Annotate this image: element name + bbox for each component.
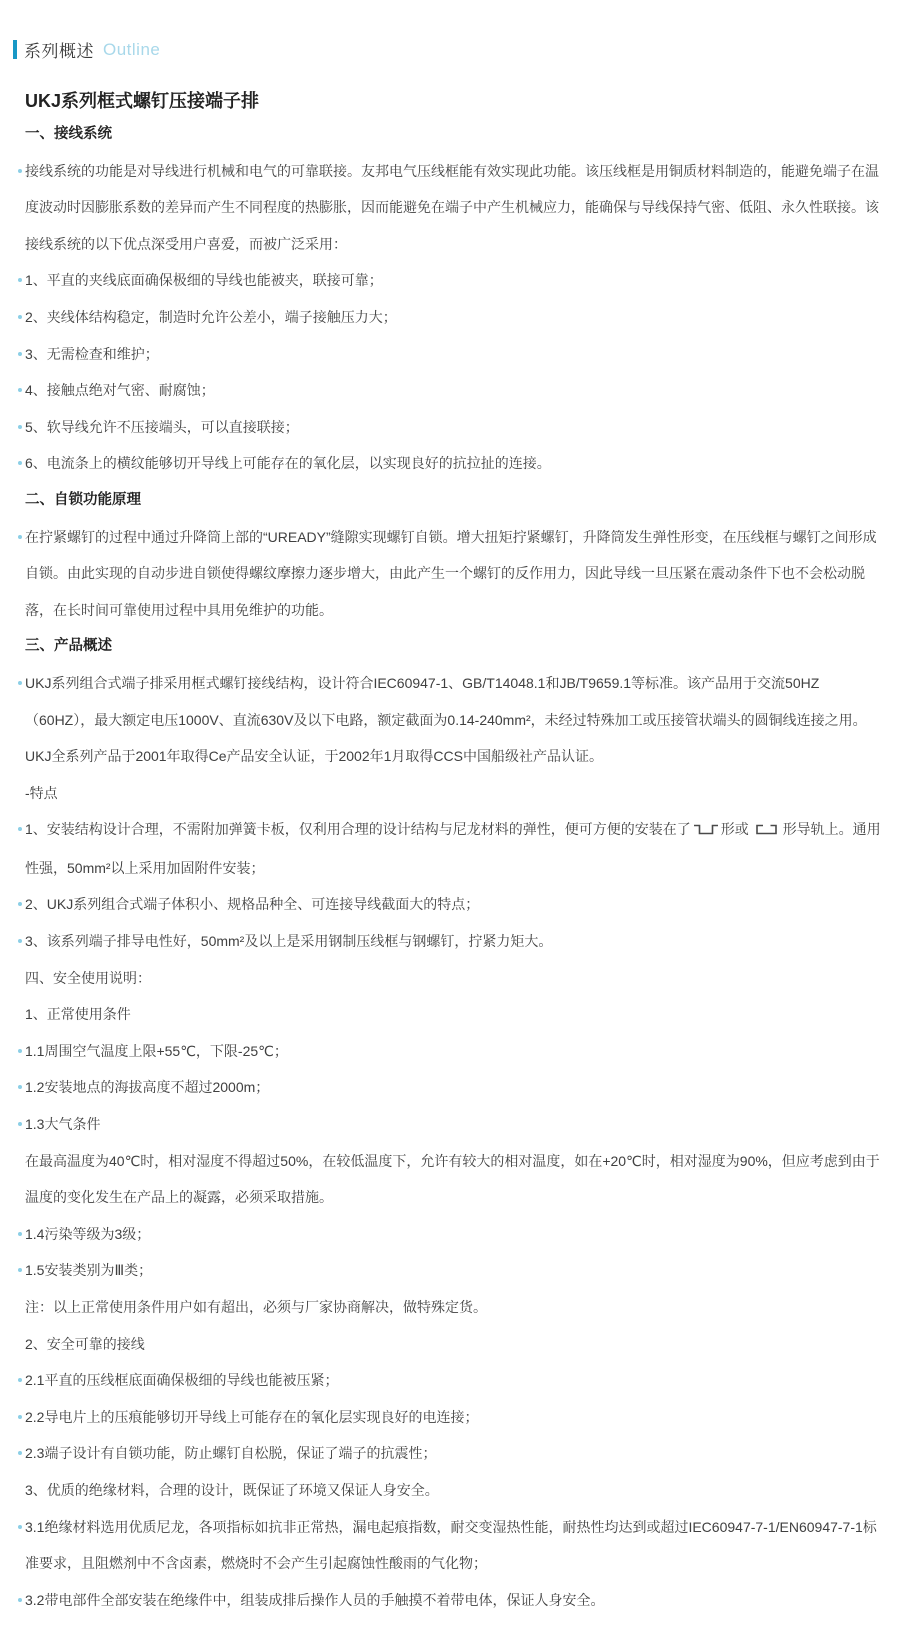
bullet-dot-icon xyxy=(18,939,22,943)
paragraph-text: 5、软导线允许不压接端头，可以直接联接； xyxy=(25,419,299,435)
content-paragraph: UKJ系列组合式端子排采用框式螺钉接线结构，设计符合IEC60947-1、GB/… xyxy=(25,665,882,775)
content-paragraph: 2、夹线体结构稳定，制造时允许公差小，端子接触压力大； xyxy=(25,299,882,336)
paragraph-text: 一、接线系统 xyxy=(25,126,112,142)
bullet-dot-icon xyxy=(18,388,22,392)
paragraph-text: 1.4污染等级为3级； xyxy=(25,1226,150,1242)
paragraph-text: 1、平直的夹线底面确保极细的导线也能被夹，联接可靠； xyxy=(25,272,383,288)
bullet-dot-icon xyxy=(18,902,22,906)
content-paragraph: 1.2安装地点的海拔高度不超过2000m； xyxy=(25,1069,882,1106)
paragraph-text: 1、安装结构设计合理，不需附加弹簧卡板，仅利用合理的设计结构与尼龙材料的弹性，便… xyxy=(25,821,881,876)
paragraph-text-segment: 形或 xyxy=(721,821,753,837)
paragraph-text: 1.1周围空气温度上限+55℃，下限-25℃； xyxy=(25,1043,288,1059)
content-paragraph: 注：以上正常使用条件用户如有超出，必须与厂家协商解决，做特殊定货。 xyxy=(25,1289,882,1326)
paragraph-text: 2、UKJ系列组合式端子体积小、规格品种全、可连接导线截面大的特点； xyxy=(25,896,479,912)
content-paragraph: 3、优质的绝缘材料，合理的设计，既保证了环境又保证人身安全。 xyxy=(25,1472,882,1509)
paragraph-text: UKJ系列组合式端子排采用框式螺钉接线结构，设计符合IEC60947-1、GB/… xyxy=(25,675,867,764)
series-title-en: Outline xyxy=(103,40,160,60)
content-paragraph: 1、平直的夹线底面确保极细的导线也能被夹，联接可靠； xyxy=(25,262,882,299)
paragraph-text: 3.2带电部件全部安装在绝缘件中，组装成排后操作人员的手触摸不着带电体，保证人身… xyxy=(25,1592,604,1608)
content-paragraph: 5、软导线允许不压接端头，可以直接联接； xyxy=(25,409,882,446)
paragraph-text: 3、该系列端子排导电性好，50mm²及以上是采用钢制压线框与钢螺钉，拧紧力矩大。 xyxy=(25,933,552,949)
page: { "series_header": { "title_cn": "系列概述",… xyxy=(0,0,900,1648)
bullet-dot-icon xyxy=(18,1378,22,1382)
paragraph-text: -特点 xyxy=(25,785,58,801)
content-paragraph: 1.4污染等级为3级； xyxy=(25,1216,882,1253)
content-paragraph: 2、UKJ系列组合式端子体积小、规格品种全、可连接导线截面大的特点； xyxy=(25,886,882,923)
paragraph-text: 2.2导电片上的压痕能够切开导线上可能存在的氧化层实现良好的电连接； xyxy=(25,1409,478,1425)
bullet-dot-icon xyxy=(18,1415,22,1419)
bullet-dot-icon xyxy=(18,352,22,356)
bullet-dot-icon xyxy=(18,681,22,685)
series-header: 系列概述 Outline xyxy=(0,0,900,62)
paragraph-text: 3、优质的绝缘材料，合理的设计，既保证了环境又保证人身安全。 xyxy=(25,1482,439,1498)
paragraph-text: 四、安全使用说明： xyxy=(25,970,151,986)
paragraph-text: 4、接触点绝对气密、耐腐蚀； xyxy=(25,382,215,398)
paragraph-text: 在最高温度为40℃时，相对湿度不得超过50%，在较低温度下，允许有较大的相对温度… xyxy=(25,1153,880,1206)
content-paragraph: 3、该系列端子排导电性好，50mm²及以上是采用钢制压线框与钢螺钉，拧紧力矩大。 xyxy=(25,923,882,960)
bullet-dot-icon xyxy=(18,1525,22,1529)
paragraph-text: 注：以上正常使用条件用户如有超出，必须与厂家协商解决，做特殊定货。 xyxy=(25,1299,487,1315)
paragraph-text: 1.5安装类别为Ⅲ类； xyxy=(25,1262,152,1278)
bullet-dot-icon xyxy=(18,1122,22,1126)
bullet-dot-icon xyxy=(18,315,22,319)
content-paragraph: 2.1平直的压线框底面确保极细的导线也能被压紧； xyxy=(25,1362,882,1399)
content-paragraph: 3.2带电部件全部安装在绝缘件中，组装成排后操作人员的手触摸不着带电体，保证人身… xyxy=(25,1582,882,1619)
paragraph-text: 3、无需检查和维护； xyxy=(25,346,159,362)
content-paragraph: 3、无需检查和维护； xyxy=(25,336,882,373)
series-title-cn: 系列概述 xyxy=(24,37,94,62)
paragraph-text: 在拧紧螺钉的过程中通过升降筒上部的“UREADY”缝隙实现螺钉自锁。增大扭矩拧紧… xyxy=(25,529,877,618)
content-paragraph: 接线系统的功能是对导线进行机械和电气的可靠联接。友邦电气压线框能有效实现此功能。… xyxy=(25,153,882,263)
paragraph-text: 6、电流条上的横纹能够切开导线上可能存在的氧化层，以实现良好的抗拉扯的连接。 xyxy=(25,455,551,471)
din-rail-c-icon xyxy=(755,813,781,850)
paragraph-text: 2.3端子设计有自锁功能，防止螺钉自松脱，保证了端子的抗震性； xyxy=(25,1445,436,1461)
paragraph-text: 1.3大气条件 xyxy=(25,1116,100,1132)
content-paragraph: 1、正常使用条件 xyxy=(25,996,882,1033)
bullet-dot-icon xyxy=(18,461,22,465)
content-paragraph: -特点 xyxy=(25,775,882,812)
bullet-dot-icon xyxy=(18,169,22,173)
paragraph-text: 3.1绝缘材料选用优质尼龙，各项指标如抗非正常热，漏电起痕指数，耐交变湿热性能，… xyxy=(25,1519,877,1572)
document-content: 一、接线系统接线系统的功能是对导线进行机械和电气的可靠联接。友邦电气压线框能有效… xyxy=(0,113,900,1648)
paragraph-text: 2、夹线体结构稳定，制造时允许公差小，端子接触压力大； xyxy=(25,309,397,325)
content-paragraph: 2.2导电片上的压痕能够切开导线上可能存在的氧化层实现良好的电连接； xyxy=(25,1399,882,1436)
section-heading: 二、自锁功能原理 xyxy=(25,482,882,519)
content-paragraph: 1.5安装类别为Ⅲ类； xyxy=(25,1252,882,1289)
content-paragraph: 在最高温度为40℃时，相对湿度不得超过50%，在较低温度下，允许有较大的相对温度… xyxy=(25,1143,882,1216)
paragraph-text: 1.2安装地点的海拔高度不超过2000m； xyxy=(25,1079,269,1095)
paragraph-text: 接线系统的功能是对导线进行机械和电气的可靠联接。友邦电气压线框能有效实现此功能。… xyxy=(25,163,879,252)
bullet-dot-icon xyxy=(18,535,22,539)
content-paragraph: 1.3大气条件 xyxy=(25,1106,882,1143)
accent-bar-icon xyxy=(13,40,17,59)
content-paragraph: 1.1周围空气温度上限+55℃，下限-25℃； xyxy=(25,1033,882,1070)
bullet-dot-icon xyxy=(18,1085,22,1089)
content-paragraph: 四、安全使用说明： xyxy=(25,960,882,997)
content-paragraph: 2、安全可靠的接线 xyxy=(25,1326,882,1363)
din-rail-hat-icon xyxy=(693,813,719,850)
bullet-dot-icon xyxy=(18,1049,22,1053)
section-heading: 三、产品概述 xyxy=(25,628,882,665)
content-paragraph: 6、电流条上的横纹能够切开导线上可能存在的氧化层，以实现良好的抗拉扯的连接。 xyxy=(25,445,882,482)
content-paragraph: 4、接触点绝对气密、耐腐蚀； xyxy=(25,372,882,409)
paragraph-text: 三、产品概述 xyxy=(25,638,112,654)
bullet-dot-icon xyxy=(18,278,22,282)
page-title: UKJ系列框式螺钉压接端子排 xyxy=(25,89,880,113)
bullet-dot-icon xyxy=(18,1451,22,1455)
paragraph-text: 二、自锁功能原理 xyxy=(25,492,141,508)
paragraph-text: 2、安全可靠的接线 xyxy=(25,1336,145,1352)
paragraph-text: 2.1平直的压线框底面确保极细的导线也能被压紧； xyxy=(25,1372,338,1388)
content-paragraph: 在拧紧螺钉的过程中通过升降筒上部的“UREADY”缝隙实现螺钉自锁。增大扭矩拧紧… xyxy=(25,519,882,629)
content-paragraph: 2.3端子设计有自锁功能，防止螺钉自松脱，保证了端子的抗震性； xyxy=(25,1435,882,1472)
bullet-dot-icon xyxy=(18,1268,22,1272)
bullet-dot-icon xyxy=(18,425,22,429)
content-paragraph: 3.1绝缘材料选用优质尼龙，各项指标如抗非正常热，漏电起痕指数，耐交变湿热性能，… xyxy=(25,1509,882,1582)
paragraph-text-segment: 1、安装结构设计合理，不需附加弹簧卡板，仅利用合理的设计结构与尼龙材料的弹性，便… xyxy=(25,821,691,837)
bullet-dot-icon xyxy=(18,1232,22,1236)
content-paragraph: 1、安装结构设计合理，不需附加弹簧卡板，仅利用合理的设计结构与尼龙材料的弹性，便… xyxy=(25,811,882,886)
section-heading: 一、接线系统 xyxy=(25,116,882,153)
paragraph-text: 1、正常使用条件 xyxy=(25,1006,131,1022)
bullet-dot-icon xyxy=(18,827,22,831)
bullet-dot-icon xyxy=(18,1598,22,1602)
